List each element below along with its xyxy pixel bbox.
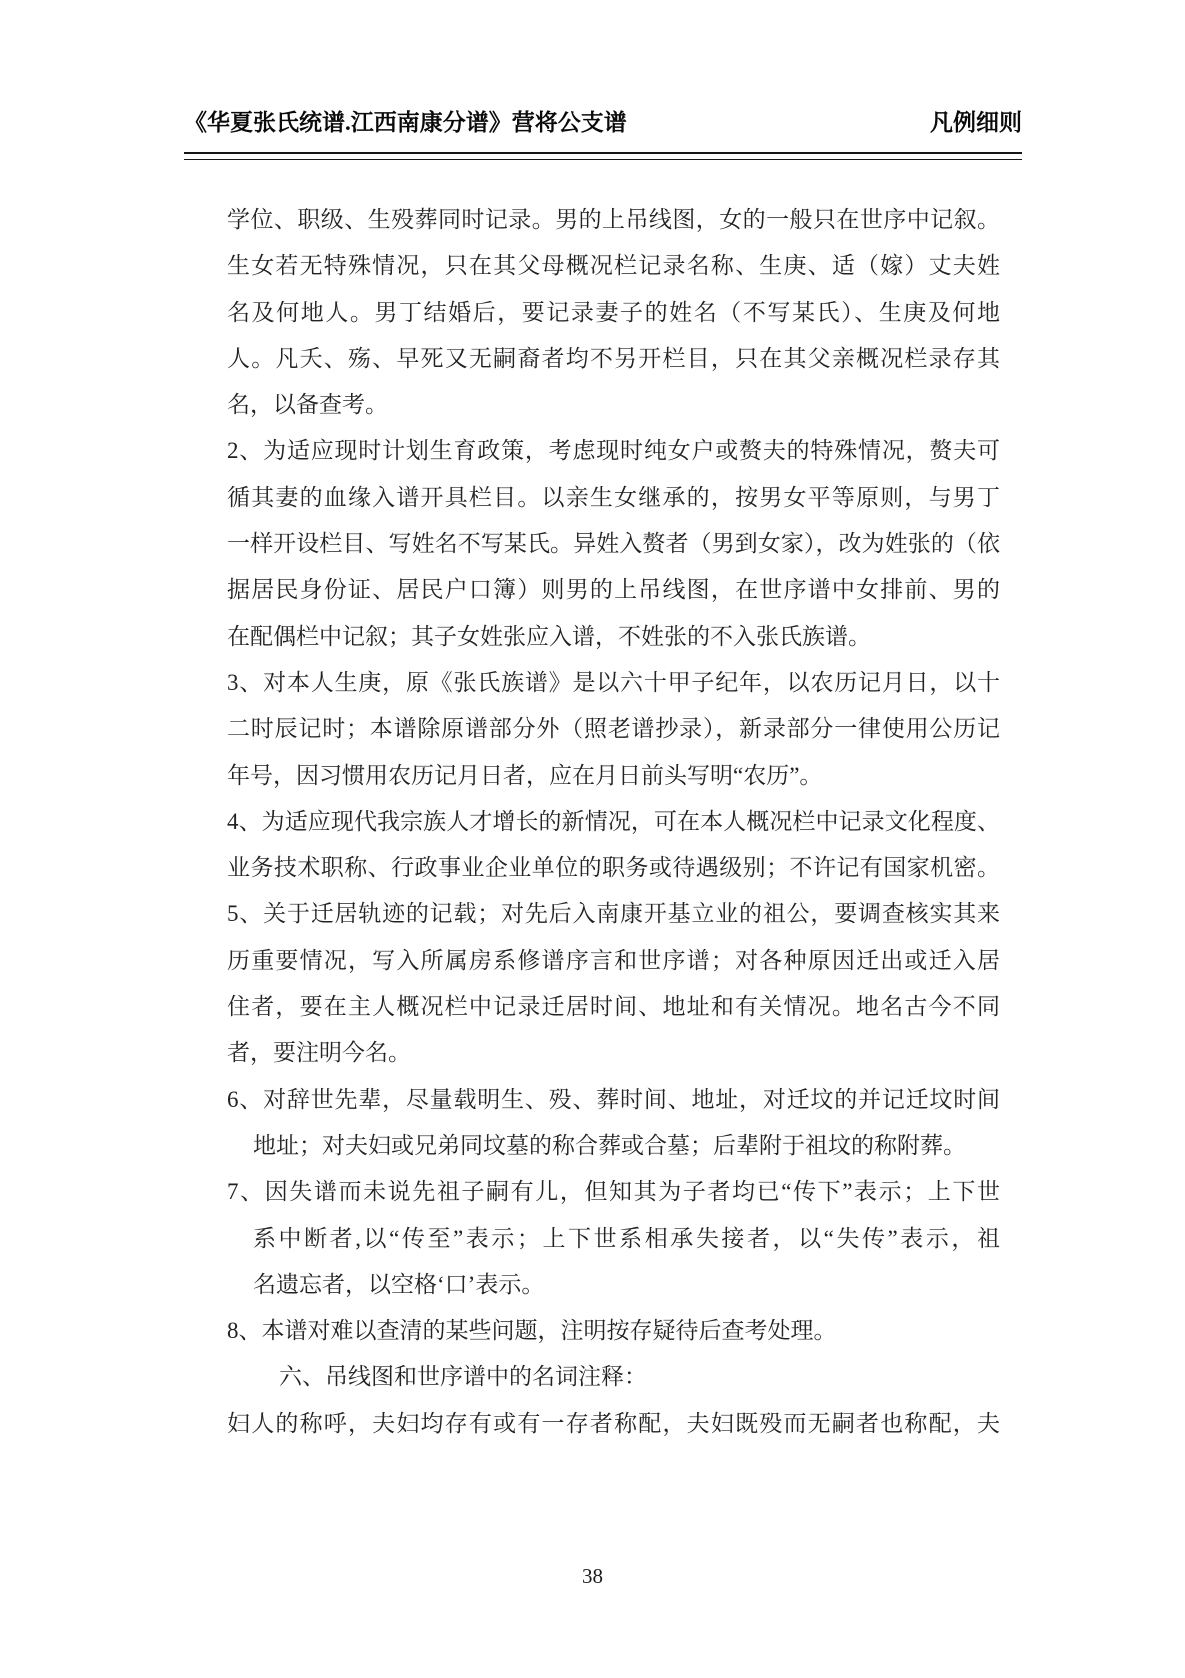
text-line: 7、因失谱而未说先祖子嗣有儿，但知其为子者均已“传下”表示；上下世 [227,1169,1000,1215]
text-line: 系中断者,以“传至”表示；上下世系相承失接者，以“失传”表示，祖 [253,1216,1000,1262]
text-line: 二时辰记时；本谱除原谱部分外（照老谱抄录），新录部分一律使用公历记 [227,706,1000,752]
text-line: 生女若无特殊情况，只在其父母概况栏记录名称、生庚、适（嫁）丈夫姓 [227,243,1000,289]
text-line: 妇人的称呼，夫妇均存有或有一存者称配，夫妇既殁而无嗣者也称配，夫 [227,1401,1000,1447]
header-right-title: 凡例细则 [930,104,1022,137]
text-line: 年号，因习惯用农历记月日者，应在月日前头写明“农历”。 [227,753,1000,799]
text-line: 循其妻的血缘入谱开具栏目。以亲生女继承的，按男女平等原则，与男丁 [227,475,1000,521]
text-line: 5、关于迁居轨迹的记载；对先后入南康开基立业的祖公，要调查核实其来 [227,891,1000,937]
text-line: 6、对辞世先辈，尽量载明生、殁、葬时间、地址，对迁坟的并记迁坟时间 [227,1077,1000,1123]
text-line: 地址；对夫妇或兄弟同坟墓的称合葬或合墓；后辈附于祖坟的称附葬。 [253,1123,1000,1169]
page-header: 《华夏张氏统谱.江西南康分谱》营将公支谱 凡例细则 [184,104,1022,137]
document-body: 学位、职级、生殁葬同时记录。男的上吊线图，女的一般只在世序中记叙。 生女若无特殊… [227,197,1000,1447]
text-line: 住者，要在主人概况栏中记录迁居时间、地址和有关情况。地名古今不同 [227,984,1000,1030]
text-line: 名遗忘者，以空格‘口’表示。 [253,1262,1000,1308]
header-left-title: 《华夏张氏统谱.江西南康分谱》营将公支谱 [184,104,627,137]
document-page: 《华夏张氏统谱.江西南康分谱》营将公支谱 凡例细则 学位、职级、生殁葬同时记录。… [0,0,1185,1678]
text-line: 3、对本人生庚，原《张氏族谱》是以六十甲子纪年，以农历记月日，以十 [227,660,1000,706]
text-line: 历重要情况，写入所属房系修谱序言和世序谱；对各种原因迁出或迁入居 [227,938,1000,984]
header-divider [184,152,1022,160]
text-line: 者，要注明今名。 [227,1030,1000,1076]
text-line: 4、为适应现代我宗族人才增长的新情况，可在本人概况栏中记录文化程度、 [227,799,1000,845]
page-footer: 38 [0,1564,1185,1589]
text-line: 业务技术职称、行政事业企业单位的职务或待遇级别；不许记有国家机密。 [227,845,1000,891]
text-line: 名及何地人。男丁结婚后，要记录妻子的姓名（不写某氏）、生庚及何地 [227,290,1000,336]
text-line: 8、本谱对难以查清的某些问题，注明按存疑待后查考处理。 [227,1308,1000,1354]
page-number: 38 [582,1564,603,1588]
text-line: 名，以备查考。 [227,382,1000,428]
text-line: 2、为适应现时计划生育政策，考虑现时纯女户或赘夫的特殊情况，赘夫可 [227,428,1000,474]
text-line: 学位、职级、生殁葬同时记录。男的上吊线图，女的一般只在世序中记叙。 [227,197,1000,243]
text-line: 六、吊线图和世序谱中的名词注释： [279,1354,1000,1400]
text-line: 人。凡夭、殇、早死又无嗣裔者均不另开栏目，只在其父亲概况栏录存其 [227,336,1000,382]
text-line: 一样开设栏目、写姓名不写某氏。异姓入赘者（男到女家），改为姓张的（依 [227,521,1000,567]
text-line: 据居民身份证、居民户口簿）则男的上吊线图，在世序谱中女排前、男的 [227,567,1000,613]
text-line: 在配偶栏中记叙；其子女姓张应入谱，不姓张的不入张氏族谱。 [227,614,1000,660]
